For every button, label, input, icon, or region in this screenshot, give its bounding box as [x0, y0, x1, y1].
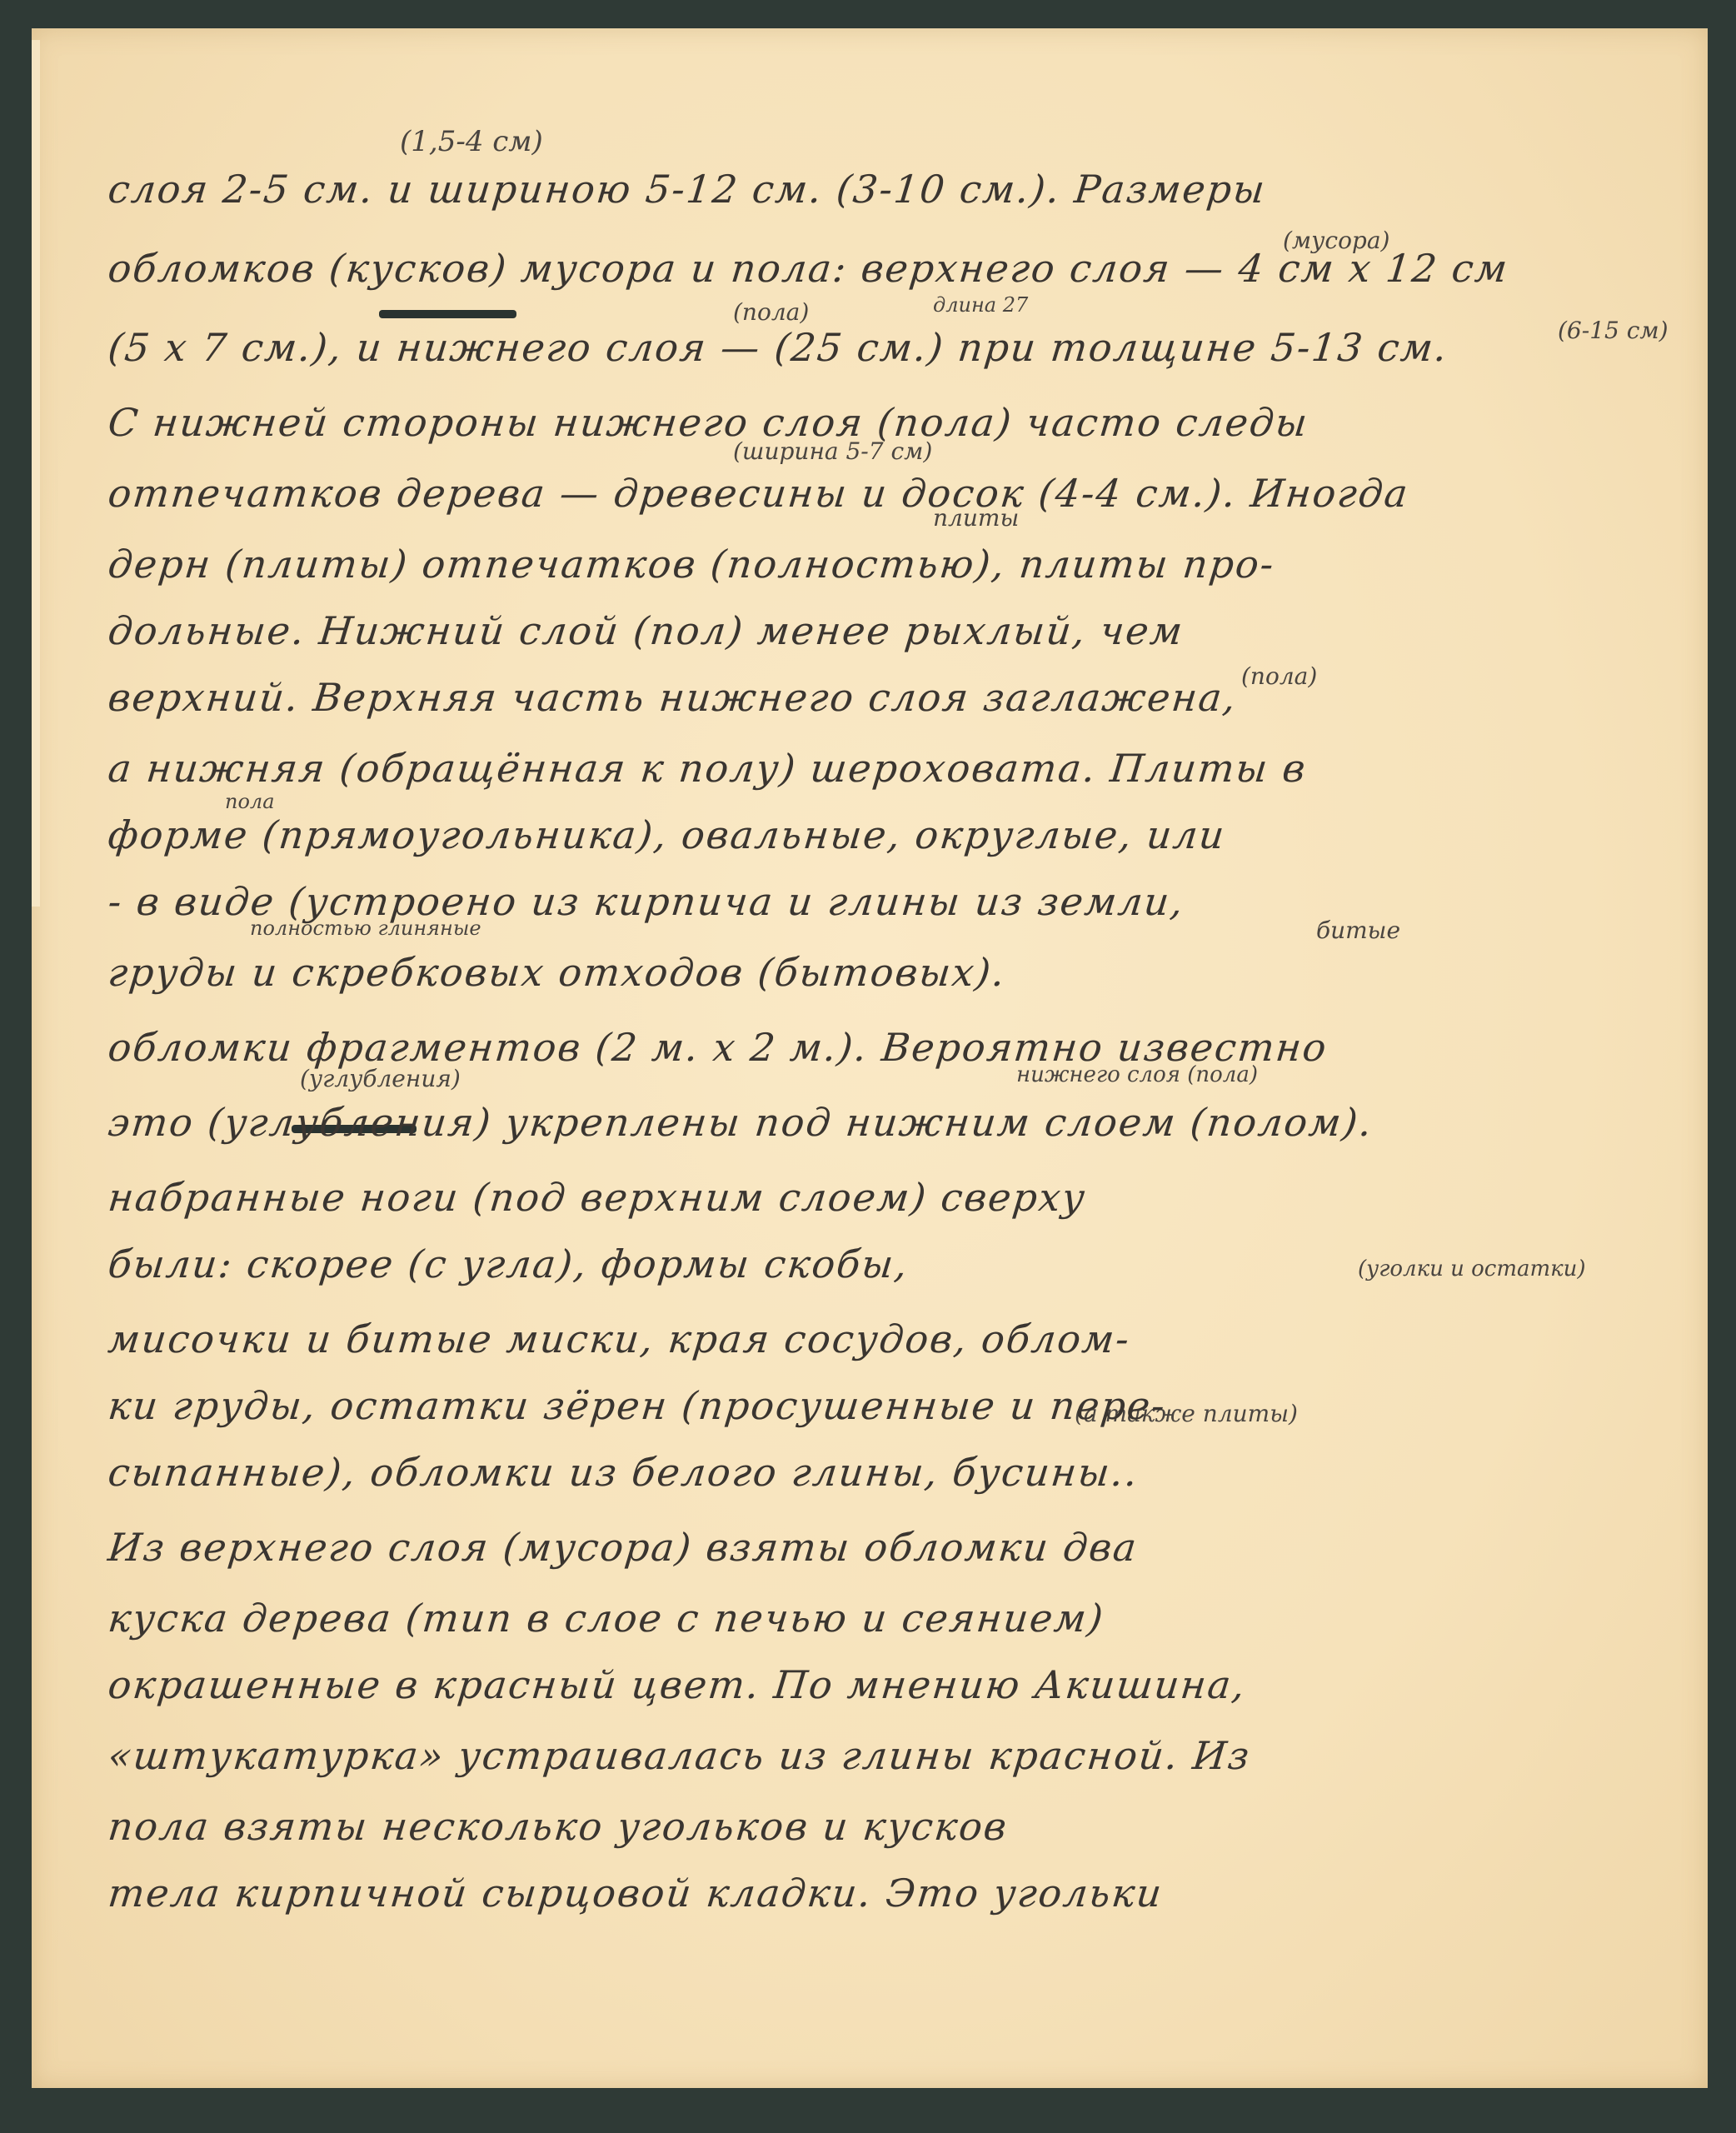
text-line: набранные ноги (под верхним слоем) сверх… — [106, 1175, 1088, 1220]
text-line: отпечатков дерева — древесины и досок (4… — [106, 471, 1411, 516]
annotation: (6-15 см) — [1558, 317, 1669, 344]
text-line: «штукатурка» устраивалась из глины красн… — [106, 1733, 1253, 1778]
text-line: тела кирпичной сырцовой кладки. Это угол… — [106, 1871, 1165, 1916]
annotation: битые — [1316, 917, 1400, 944]
text-line: это (углубления) укреплены под нижним сл… — [106, 1100, 1375, 1145]
text-line: груды и скребковых отходов (бытовых). — [106, 950, 1008, 995]
strikethrough-mark — [379, 310, 516, 318]
text-line: (5 х 7 см.), и нижнего слоя — (25 см.) п… — [106, 325, 1450, 370]
annotation: (1,5-4 см) — [400, 125, 543, 158]
text-line: были: скорее (с угла), формы скобы, — [106, 1241, 910, 1286]
text-line: ки груды, остатки зёрен (просушенные и п… — [106, 1383, 1169, 1428]
annotation: (пола) — [1241, 662, 1317, 690]
text-line: сыпанные), обломки из белого глины, буси… — [106, 1450, 1141, 1495]
text-line: Из верхнего слоя (мусора) взяты обломки … — [106, 1525, 1140, 1570]
text-line: дерн (плиты) отпечатков (полностью), пли… — [106, 542, 1277, 587]
text-line: слоя 2-5 см. и шириною 5-12 см. (3-10 см… — [106, 167, 1268, 212]
text-line: окрашенные в красный цвет. По мнению Аки… — [106, 1662, 1249, 1707]
annotation: (пола) — [733, 298, 809, 326]
text-line: обломки фрагментов (2 м. х 2 м.). Вероят… — [106, 1025, 1329, 1070]
text-line: обломков (кусков) мусора и пола: верхнег… — [106, 246, 1511, 291]
annotation: длина 27 — [933, 293, 1028, 317]
text-line: С нижней стороны нижнего слоя (пола) час… — [106, 400, 1310, 445]
text-line: а нижняя (обращённая к полу) шероховата.… — [106, 746, 1309, 791]
text-line: форме (прямоугольника), овальные, округл… — [106, 812, 1228, 857]
annotation: пола — [225, 790, 275, 813]
text-line: верхний. Верхняя часть нижнего слоя загл… — [106, 675, 1240, 720]
text-line: куска дерева (тип в слое с печью и сеяни… — [106, 1596, 1106, 1641]
text-line: мисочки и битые миски, края сосудов, обл… — [106, 1316, 1133, 1361]
annotation: (уголки и остатки) — [1358, 1256, 1586, 1281]
text-line: дольные. Нижний слой (пол) менее рыхлый,… — [106, 608, 1186, 653]
text-line: пола взяты несколько угольков и кусков — [106, 1804, 1010, 1849]
text-line: - в виде (устроено из кирпича и глины из… — [106, 879, 1187, 924]
